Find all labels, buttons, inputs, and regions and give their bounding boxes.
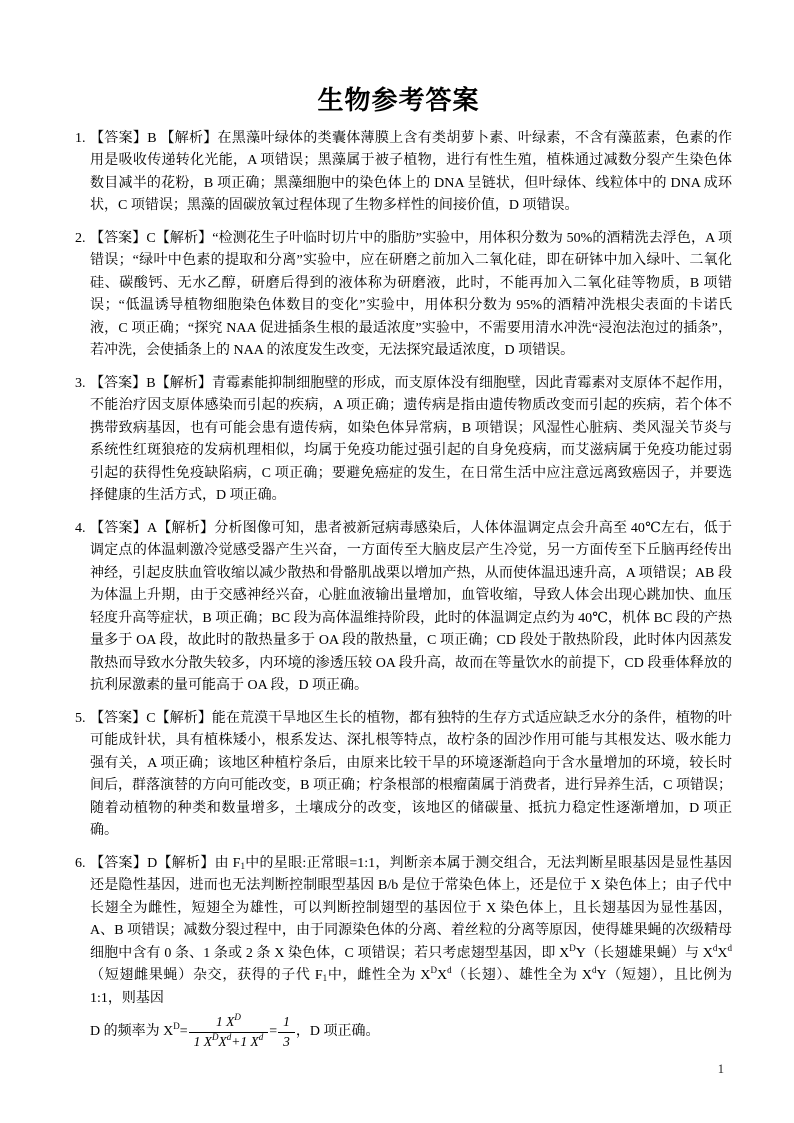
- fraction-2: 13: [278, 1014, 295, 1049]
- fraction-2-denominator: 3: [278, 1033, 295, 1050]
- answer-letter: A: [147, 521, 157, 536]
- answer-label: 【答案】: [90, 131, 147, 146]
- analysis-text: “检测花生子叶临时切片中的脂肪”实验中，用体积分数为 50%的酒精洗去浮色，A …: [90, 231, 732, 359]
- answer-label: 【答案】: [90, 521, 147, 536]
- answer-label: 【答案】: [90, 376, 146, 391]
- analysis-label: 【解析】: [160, 131, 217, 146]
- answer-item-4: 4. 【答案】A【解析】分析图像可知，患者被新冠病毒感染后，人体体温调定点会升高…: [75, 518, 732, 698]
- item-number: 6.: [75, 853, 90, 1050]
- answer-letter: B: [146, 376, 155, 391]
- item-body: 【答案】D【解析】由 F1中的星眼:正常眼=1:1，判断亲本属于测交组合，无法判…: [90, 853, 732, 1050]
- answer-label: 【答案】: [90, 231, 146, 246]
- item-body: 【答案】C【解析】能在荒漠干旱地区生长的植物，都有独特的生存方式适应缺乏水分的条…: [90, 708, 732, 843]
- fraction-1-numerator: 1 XD: [189, 1014, 269, 1032]
- item-body: 【答案】A【解析】分析图像可知，患者被新冠病毒感染后，人体体温调定点会升高至 4…: [90, 518, 732, 698]
- item-body: 【答案】C【解析】“检测花生子叶临时切片中的脂肪”实验中，用体积分数为 50%的…: [90, 228, 732, 363]
- fraction-1: 1 XD1 XDXd+1 Xd: [189, 1014, 269, 1049]
- item-number: 5.: [75, 708, 90, 843]
- answer-letter: B: [147, 131, 160, 146]
- answer-label: 【答案】: [90, 856, 147, 871]
- answer-letter: C: [146, 231, 155, 246]
- analysis-label: 【解析】: [157, 521, 214, 536]
- formula-prefix: D 的频率为 XD=: [90, 1024, 188, 1039]
- item-body: 【答案】B【解析】青霉素能抑制细胞壁的形成，而支原体没有细胞壁，因此青霉素对支原…: [90, 373, 732, 508]
- answer-item-6: 6. 【答案】D【解析】由 F1中的星眼:正常眼=1:1，判断亲本属于测交组合，…: [75, 853, 732, 1050]
- item-number: 2.: [75, 228, 90, 363]
- analysis-label: 【解析】: [157, 856, 214, 871]
- analysis-text: 能在荒漠干旱地区生长的植物，都有独特的生存方式适应缺乏水分的条件，植物的叶可能成…: [90, 711, 732, 839]
- item-number: 3.: [75, 373, 90, 508]
- analysis-text: 青霉素能抑制细胞壁的形成，而支原体没有细胞壁，因此青霉素对支原体不起作用，不能治…: [90, 376, 732, 504]
- fraction-1-denominator: 1 XDXd+1 Xd: [189, 1033, 269, 1050]
- gene-frequency-formula: D 的频率为 XD=1 XD1 XDXd+1 Xd=13，D 项正确。: [90, 1014, 732, 1049]
- page-number: 1: [718, 1062, 724, 1077]
- answer-label: 【答案】: [90, 711, 146, 726]
- item-number: 4.: [75, 518, 90, 698]
- page-title: 生物参考答案: [75, 86, 722, 116]
- formula-suffix: ，D 项正确。: [296, 1024, 380, 1039]
- answer-item-1: 1. 【答案】B 【解析】在黑藻叶绿体的类囊体薄膜上含有类胡萝卜素、叶绿素，不含…: [75, 128, 732, 218]
- answer-item-2: 2. 【答案】C【解析】“检测花生子叶临时切片中的脂肪”实验中，用体积分数为 5…: [75, 228, 732, 363]
- answer-letter: C: [146, 711, 155, 726]
- answer-item-3: 3. 【答案】B【解析】青霉素能抑制细胞壁的形成，而支原体没有细胞壁，因此青霉素…: [75, 373, 732, 508]
- analysis-label: 【解析】: [156, 711, 212, 726]
- document-page: 生物参考答案 1. 【答案】B 【解析】在黑藻叶绿体的类囊体薄膜上含有类胡萝卜素…: [0, 0, 794, 1123]
- analysis-label: 【解析】: [156, 231, 212, 246]
- formula-equals: =: [269, 1024, 277, 1039]
- fraction-2-numerator: 1: [278, 1014, 295, 1032]
- analysis-text: 分析图像可知，患者被新冠病毒感染后，人体体温调定点会升高至 40℃左右，低于调定…: [90, 521, 732, 694]
- answer-list: 1. 【答案】B 【解析】在黑藻叶绿体的类囊体薄膜上含有类胡萝卜素、叶绿素，不含…: [75, 128, 732, 1050]
- item-body: 【答案】B 【解析】在黑藻叶绿体的类囊体薄膜上含有类胡萝卜素、叶绿素，不含有藻蓝…: [90, 128, 732, 218]
- analysis-text: 由 F1中的星眼:正常眼=1:1，判断亲本属于测交组合，无法判断星眼基因是显性基…: [90, 856, 732, 1006]
- analysis-label: 【解析】: [156, 376, 212, 391]
- item-number: 1.: [75, 128, 90, 218]
- answer-letter: D: [147, 856, 157, 871]
- answer-item-5: 5. 【答案】C【解析】能在荒漠干旱地区生长的植物，都有独特的生存方式适应缺乏水…: [75, 708, 732, 843]
